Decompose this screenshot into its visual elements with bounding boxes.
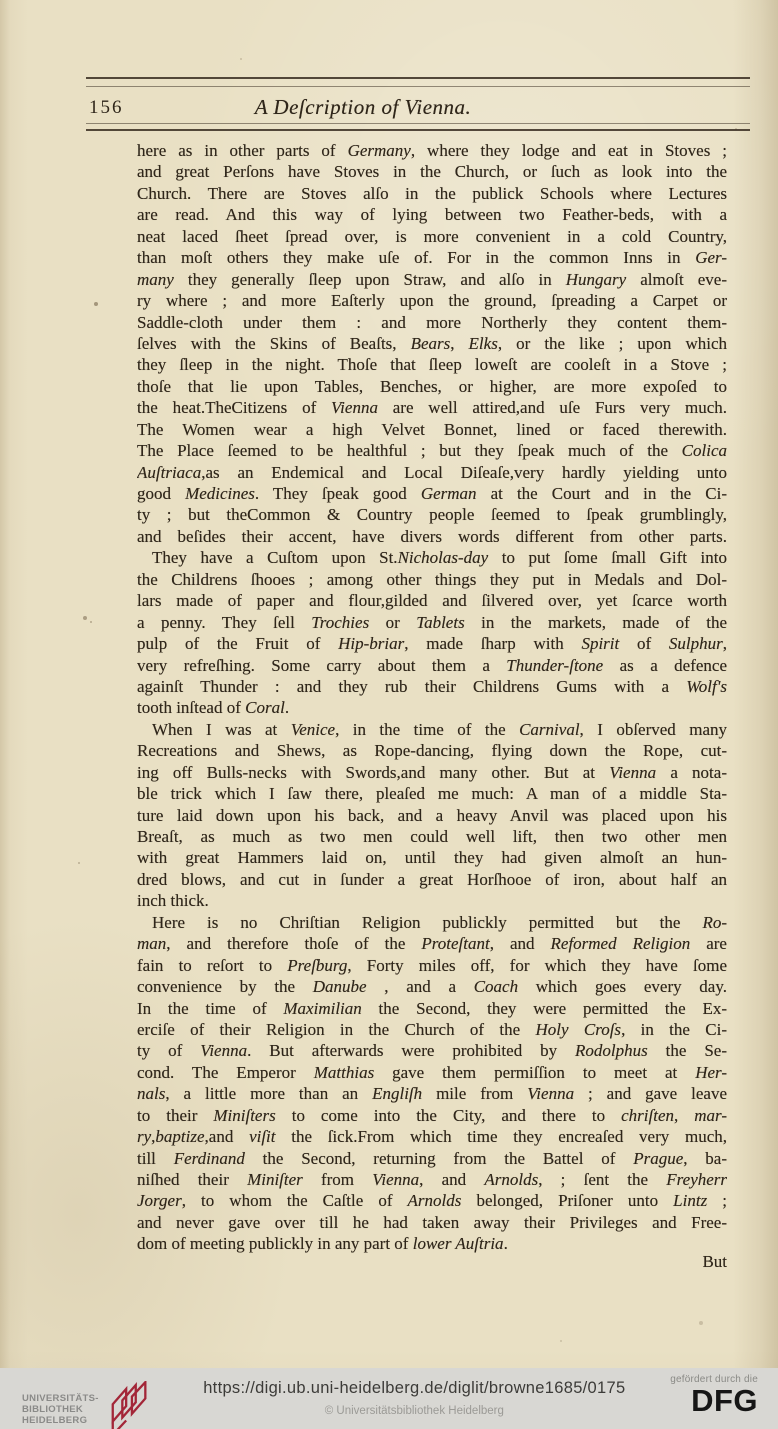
text-line: ture laid down upon his back, and a heav… bbox=[137, 805, 727, 826]
text-line: the heat.TheCitizens of Vienna are well … bbox=[137, 397, 727, 418]
text-line: erciſe of their Religion in the Church o… bbox=[137, 1019, 727, 1040]
text-line: The Women wear a high Velvet Bonnet, lin… bbox=[137, 419, 727, 440]
library-name-line1: UNIVERSITÄTS- bbox=[22, 1393, 99, 1404]
header-rule-top-1 bbox=[86, 77, 750, 79]
library-logo-block: UNIVERSITÄTS- BIBLIOTHEK HEIDELBERG bbox=[22, 1381, 153, 1429]
text-line: In the time of Maximilian the Second, th… bbox=[137, 998, 727, 1019]
text-line: nals, a little more than an Engliſh mile… bbox=[137, 1083, 727, 1104]
document-url-link[interactable]: https://digi.ub.uni-heidelberg.de/diglit… bbox=[203, 1379, 625, 1398]
text-line: tooth inſtead of Coral. bbox=[137, 697, 727, 718]
text-line: ble trick which I ſaw there, pleaſed me … bbox=[137, 783, 727, 804]
text-line: Jorger, to whom the Caſtle of Arnolds be… bbox=[137, 1190, 727, 1211]
text-line: Auſtriaca,as an Endemical and Local Diſe… bbox=[137, 462, 727, 483]
text-line: here as in other parts of Germany, where… bbox=[137, 140, 727, 161]
text-line: ry,baptize,and viſit the ſick.From which… bbox=[137, 1126, 727, 1147]
text-line: cond. The Emperor Matthias gave them per… bbox=[137, 1062, 727, 1083]
text-line: When I was at Venice, in the time of the… bbox=[137, 719, 727, 740]
text-line: they ſleep in the night. Thoſe that ſlee… bbox=[137, 354, 727, 375]
footer-center: https://digi.ub.uni-heidelberg.de/diglit… bbox=[203, 1379, 625, 1417]
text-line: The Place ſeemed to be healthful ; but t… bbox=[137, 440, 727, 461]
text-line: neat laced ſheet ſpread over, is more co… bbox=[137, 226, 727, 247]
scanned-book-page: 156 A Deſcription of Vienna. here as in … bbox=[0, 0, 778, 1429]
text-line: to their Miniſters to come into the City… bbox=[137, 1105, 727, 1126]
header-rule-bottom-1 bbox=[86, 123, 750, 124]
text-line: are read. And this way of lying between … bbox=[137, 204, 727, 225]
text-line: the Childrens ſhooes ; among other thing… bbox=[137, 569, 727, 590]
text-line: very refreſhing. Some carry about them a… bbox=[137, 655, 727, 676]
catchword: But bbox=[137, 1252, 727, 1272]
text-line: niſhed their Miniſter from Vienna, and A… bbox=[137, 1169, 727, 1190]
text-line: They have a Cuſtom upon St.Nicholas-day … bbox=[137, 547, 727, 568]
footer-bar: UNIVERSITÄTS- BIBLIOTHEK HEIDELBERG http… bbox=[0, 1368, 778, 1429]
text-line: ing off Bulls-necks with Swords,and many… bbox=[137, 762, 727, 783]
text-line: ty of Vienna. But afterwards were prohib… bbox=[137, 1040, 727, 1061]
heidelberg-library-logo-icon bbox=[107, 1381, 153, 1429]
text-line: good Medicines. They ſpeak good German a… bbox=[137, 483, 727, 504]
text-line: till Ferdinand the Second, returning fro… bbox=[137, 1148, 727, 1169]
text-line: and beſides their accent, have divers wo… bbox=[137, 526, 727, 547]
text-line: with great Hammers laid on, until they h… bbox=[137, 847, 727, 868]
text-line: man, and therefore thoſe of the Proteſta… bbox=[137, 933, 727, 954]
text-line: a penny. They ſell Trochies or Tablets i… bbox=[137, 612, 727, 633]
text-line: than moſt others they make uſe of. For i… bbox=[137, 247, 727, 268]
text-line: Breaſt, as much as two men could well li… bbox=[137, 826, 727, 847]
text-line: Recreations and Shews, as Rope-dancing, … bbox=[137, 740, 727, 761]
text-line: and never gave over till he had taken aw… bbox=[137, 1212, 727, 1233]
page-text: here as in other parts of Germany, where… bbox=[137, 140, 727, 1255]
text-line: Church. There are Stoves alſo in the pub… bbox=[137, 183, 727, 204]
text-line: dred blows, and cut in ſunder a great Ho… bbox=[137, 869, 727, 890]
text-line: inch thick. bbox=[137, 890, 727, 911]
text-line: Here is no Chriſtian Religion publickly … bbox=[137, 912, 727, 933]
dfg-logo: DFG bbox=[670, 1385, 758, 1416]
text-line: many they generally ſleep upon Straw, an… bbox=[137, 269, 727, 290]
running-title: A Deſcription of Vienna. bbox=[0, 95, 726, 120]
header-rule-top-2 bbox=[86, 86, 750, 87]
text-line: fain to reſort to Preſburg, Forty miles … bbox=[137, 955, 727, 976]
text-line: lars made of paper and flour,gilded and … bbox=[137, 590, 727, 611]
header-rule-bottom-2 bbox=[86, 129, 750, 131]
text-line: convenience by the Danube , and a Coach … bbox=[137, 976, 727, 997]
library-name-line2: BIBLIOTHEK bbox=[22, 1404, 99, 1415]
paper-speckles bbox=[0, 0, 2, 2]
text-line: ty ; but theCommon & Country people ſeem… bbox=[137, 504, 727, 525]
dfg-block: gefördert durch die DFG bbox=[670, 1374, 758, 1417]
library-name: UNIVERSITÄTS- BIBLIOTHEK HEIDELBERG bbox=[22, 1393, 99, 1426]
text-line: and great Perſons have Stoves in the Chu… bbox=[137, 161, 727, 182]
text-line: Saddle-cloth under them : and more North… bbox=[137, 312, 727, 333]
library-name-line3: HEIDELBERG bbox=[22, 1415, 99, 1426]
text-line: pulp of the Fruit of Hip-briar, made ſha… bbox=[137, 633, 727, 654]
text-line: ry where ; and more Eaſterly upon the gr… bbox=[137, 290, 727, 311]
text-line: againſt Thunder : and they rub their Chi… bbox=[137, 676, 727, 697]
text-line: ſelves with the Skins of Beaſts, Bears, … bbox=[137, 333, 727, 354]
text-line: thoſe that lie upon Tables, Benches, or … bbox=[137, 376, 727, 397]
copyright-text: © Universitätsbibliothek Heidelberg bbox=[203, 1405, 625, 1417]
